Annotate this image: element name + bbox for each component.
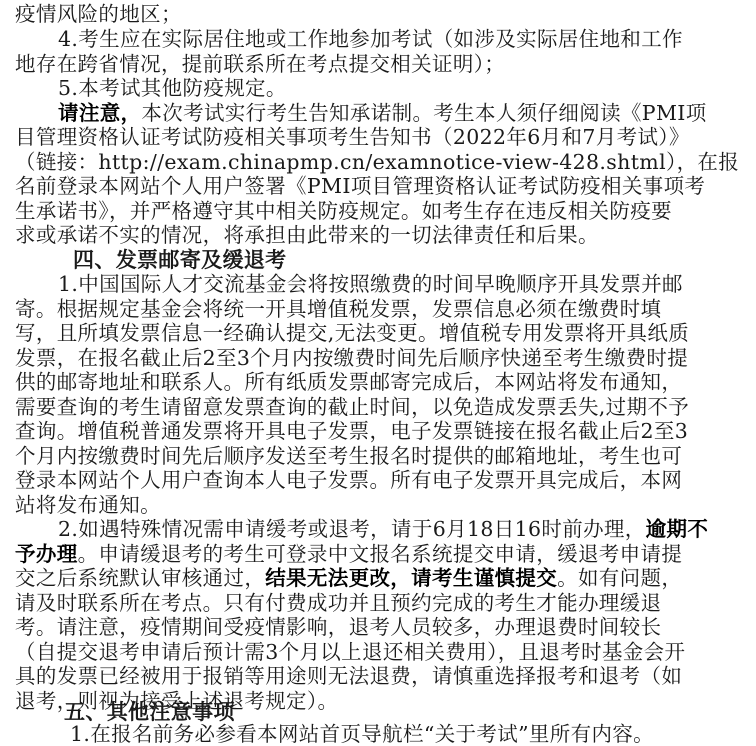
notice-emphasis: 请注意， <box>58 101 141 125</box>
text-line: 目管理资格认证考试防疫相关事项考生告知书（2022年6月和7月考试）》 <box>15 125 690 149</box>
text-span: 本次考试实行考生告知承诺制。考生本人须仔细阅读《PMI项 <box>141 101 706 125</box>
link-line: （链接：http://exam.chinapmp.cn/examnotice-v… <box>15 150 739 174</box>
paragraph-line: 1.中国国际人才交流基金会将按照缴费的时间早晚顺序开具发票并邮 <box>58 272 683 296</box>
paragraph-line: 予办理。申请缓退考的考生可登录中文报名系统提交申请，缓退考申请提 <box>15 542 682 566</box>
paragraph-line: （自提交退考申请后预计需3个月以上退还相关费用），且退考时基金会开 <box>15 640 685 664</box>
paragraph-line: 供的邮寄地址和联系人。所有纸质发票邮寄完成后，本网站将发布通知， <box>15 370 682 394</box>
text-span: 。如有问题， <box>557 566 682 590</box>
text-line: 生承诺书》，并严格遵守其中相关防疫规定。如考生存在违反相关防疫要 <box>15 199 672 223</box>
paragraph-line: 寄。根据规定基金会将统一开具增值税发票，发票信息必须在缴费时填 <box>15 297 661 321</box>
paragraph-line: 个月内按缴费时间先后顺序发送至考生报名时提供的邮箱地址，考生也可 <box>15 444 682 468</box>
text-line: 疫情风险的地区； <box>15 2 182 26</box>
paragraph-line: 1.在报名前务必参看本网站首页导航栏“关于考试”里所有内容。 <box>70 722 654 746</box>
text-line: 地存在跨省情况，提前联系所在考点提交相关证明）； <box>15 52 505 76</box>
notice-line: 请注意，本次考试实行考生告知承诺制。考生本人须仔细阅读《PMI项 <box>58 101 707 125</box>
paragraph-line: 具的发票已经被用于报销等用途则无法退费，请慎重选择报考和退考（如 <box>15 664 682 688</box>
text-span: 交之后系统默认审核通过， <box>15 566 265 590</box>
paragraph-line: 请及时联系所在考点。只有付费成功并且预约完成的考生才能办理缓退 <box>15 591 661 615</box>
paragraph-line: 写，且所填发票信息一经确认提交,无法变更。增值税专用发票将开具纸质 <box>15 321 689 345</box>
list-item-5: 5.本考试其他防疫规定。 <box>58 76 287 100</box>
paragraph-line: 交之后系统默认审核通过，结果无法更改，请考生谨慎提交。如有问题， <box>15 566 682 590</box>
paragraph-line: 发票，在报名截止后2至3个月内按缴费时间先后顺序快递至考生缴费时提 <box>15 346 688 370</box>
paragraph-line: 查询。增值税普通发票将开具电子发票，电子发票链接在报名截止后2至3 <box>15 419 688 443</box>
paragraph-line: 站将发布通知。 <box>15 493 161 517</box>
section-heading-5: 五、其他注意事项 <box>64 700 235 724</box>
paragraph-line: 需要查询的考生请留意发票查询的截止时间，以免造成发票丢失,过期不予 <box>15 395 689 419</box>
text-line: 名前登录本网站个人用户签署《PMI项目管理资格认证考试防疫相关事项考 <box>15 174 705 198</box>
text-span: 。申请缓退考的考生可登录中文报名系统提交申请，缓退考申请提 <box>78 542 683 566</box>
list-item-4: 4.考生应在实际居住地或工作地参加考试（如涉及实际居住地和工作 <box>58 27 683 51</box>
text-line: 求或承诺不实的情况，将承担由此带来的一切法律责任和后果。 <box>15 223 599 247</box>
paragraph-line: 2.如遇特殊情况需申请缓考或退考，请于6月18日16时前办理，逾期不 <box>58 517 708 541</box>
paragraph-line: 考。请注意，疫情期间受疫情影响，退考人员较多，办理退费时间较长 <box>15 615 661 639</box>
text-span: 2.如遇特殊情况需申请缓考或退考，请于6月18日16时前办理， <box>58 517 646 541</box>
deadline-emphasis: 予办理 <box>15 542 78 566</box>
paragraph-line: 登录本网站个人用户查询本人电子发票。所有电子发票开具完成后，本网 <box>15 468 682 492</box>
section-heading-4: 四、发票邮寄及缓退考 <box>73 248 287 272</box>
warning-emphasis: 结果无法更改，请考生谨慎提交 <box>265 566 557 590</box>
deadline-emphasis: 逾期不 <box>646 517 709 541</box>
